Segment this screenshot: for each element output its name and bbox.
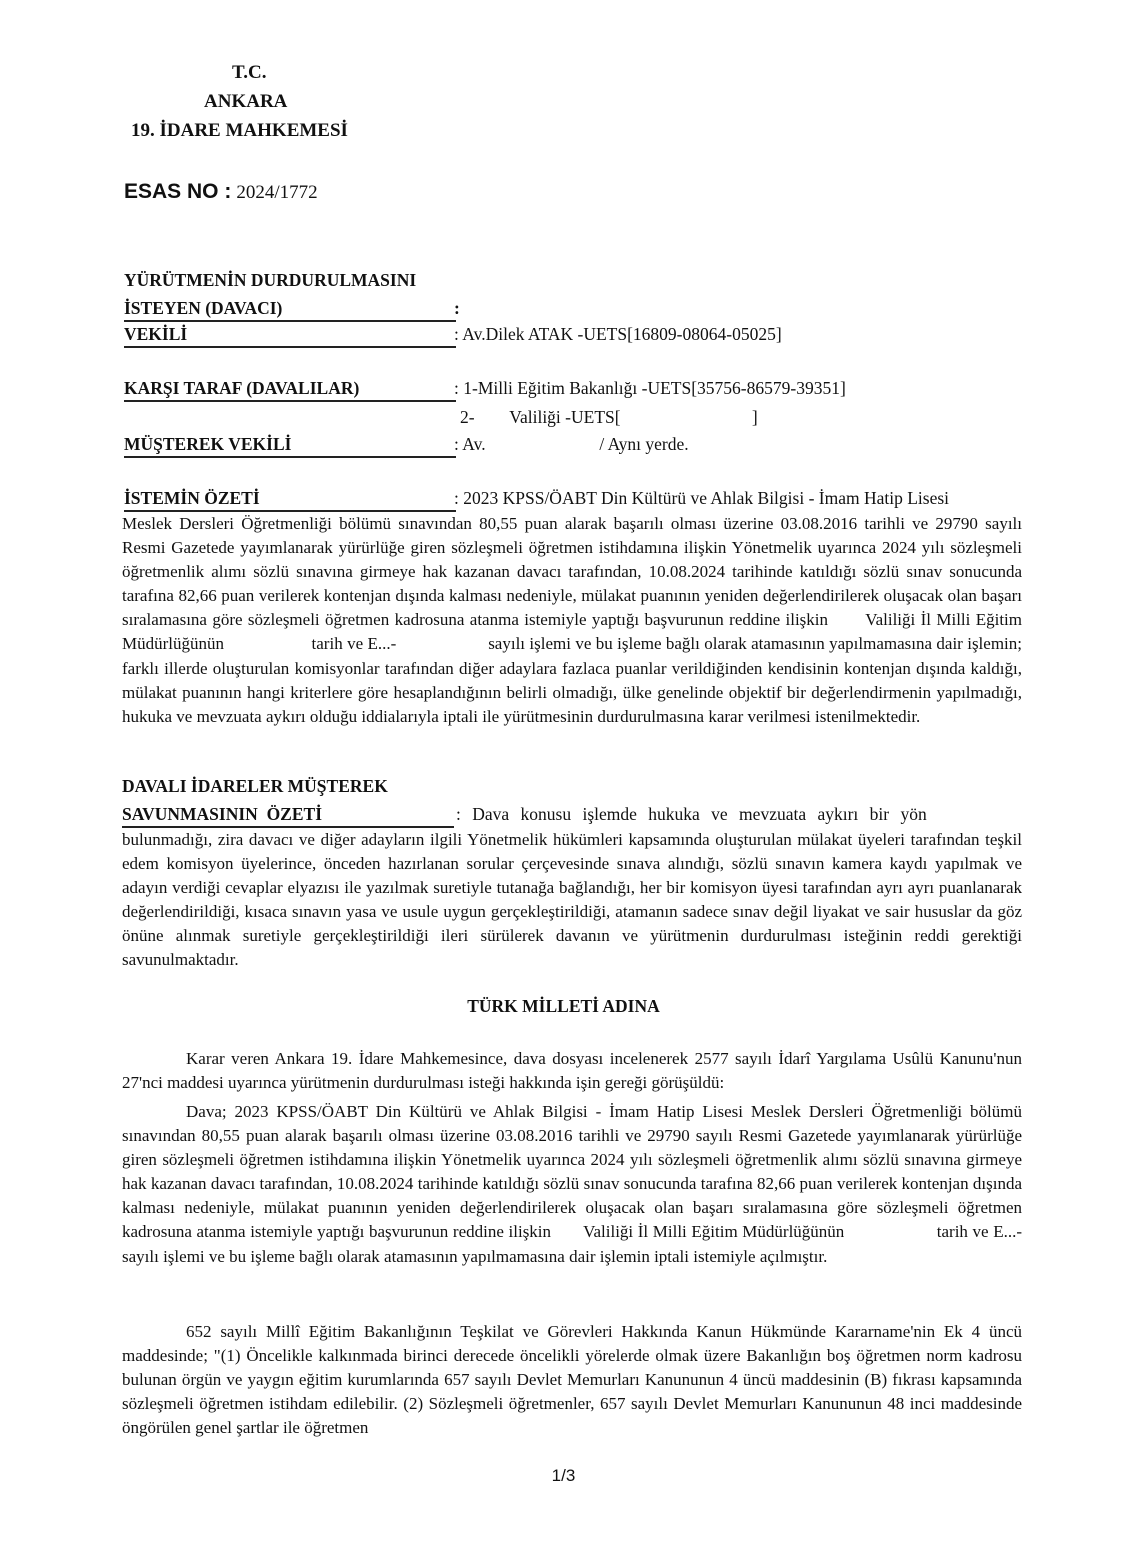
decision-paragraph: 652 sayılı Millî Eğitim Bakanlığının Teş… <box>122 1320 1022 1440</box>
defense-summary-body: bulunmadığı, zira davacı ve diğer adayla… <box>122 828 1022 973</box>
case-number-value: 2024/1772 <box>236 182 317 203</box>
header-city: ANKARA <box>204 91 287 113</box>
defendant-2: 2- Valiliği -UETS[ ] <box>460 407 758 428</box>
header-court: 19. İDARE MAHKEMESİ <box>131 120 348 142</box>
request-summary-body: Meslek Dersleri Öğretmenliği bölümü sına… <box>122 512 1022 729</box>
applicant-label-1: YÜRÜTMENİN DURDURULMASINI <box>124 270 454 291</box>
request-summary-first-line: : 2023 KPSS/ÖABT Din Kültürü ve Ahlak Bi… <box>454 488 949 509</box>
defense-summary-row: SAVUNMASININ ÖZETİ : Dava konusu işlemde… <box>122 804 1022 830</box>
request-summary-row: İSTEMİN ÖZETİ : 2023 KPSS/ÖABT Din Kültü… <box>124 488 1024 514</box>
case-number: ESAS NO : 2024/1772 <box>124 180 318 204</box>
header-tc: T.C. <box>232 62 266 84</box>
joint-attorney-row: MÜŞTEREK VEKİLİ : Av. / Aynı yerde. <box>124 434 1024 460</box>
applicant-value: : <box>454 298 460 319</box>
request-summary-label: İSTEMİN ÖZETİ <box>124 488 454 509</box>
attorney-row: VEKİLİ : Av.Dilek ATAK -UETS[16809-08064… <box>124 324 1024 350</box>
underline <box>124 346 456 348</box>
decision-heading: TÜRK MİLLETİ ADINA <box>0 996 1127 1017</box>
underline <box>124 320 456 322</box>
joint-attorney-value: : Av. / Aynı yerde. <box>454 434 689 455</box>
case-number-label: ESAS NO : <box>124 180 231 203</box>
defendants-row: KARŞI TARAF (DAVALILAR) : 1-Milli Eğitim… <box>124 378 1024 404</box>
attorney-label: VEKİLİ <box>124 324 454 345</box>
applicant-label-2: İSTEYEN (DAVACI) <box>124 298 454 319</box>
defense-summary-first-line: : Dava konusu işlemde hukuka ve mevzuata… <box>456 804 927 825</box>
defense-summary-label-2: SAVUNMASININ ÖZETİ <box>122 804 452 825</box>
defense-summary-label-1: DAVALI İDARELER MÜŞTEREK <box>122 776 388 797</box>
attorney-value: : Av.Dilek ATAK -UETS[16809-08064-05025] <box>454 324 782 345</box>
defendants-label: KARŞI TARAF (DAVALILAR) <box>124 378 454 399</box>
page-number: 1/3 <box>0 1466 1127 1486</box>
defendant-1: : 1-Milli Eğitim Bakanlığı -UETS[35756-8… <box>454 378 846 399</box>
applicant-row: İSTEYEN (DAVACI) : <box>124 298 1024 324</box>
underline <box>124 456 456 458</box>
joint-attorney-label: MÜŞTEREK VEKİLİ <box>124 434 454 455</box>
applicant-label-row-1: YÜRÜTMENİN DURDURULMASINI <box>124 270 1024 296</box>
defendant-2-row: 2- Valiliği -UETS[ ] <box>124 407 1024 433</box>
document-page: T.C. ANKARA 19. İDARE MAHKEMESİ ESAS NO … <box>0 0 1127 1556</box>
decision-paragraph: Karar veren Ankara 19. İdare Mahkemesinc… <box>122 1047 1022 1095</box>
decision-paragraph: Dava; 2023 KPSS/ÖABT Din Kültürü ve Ahla… <box>122 1100 1022 1269</box>
underline <box>124 400 456 402</box>
